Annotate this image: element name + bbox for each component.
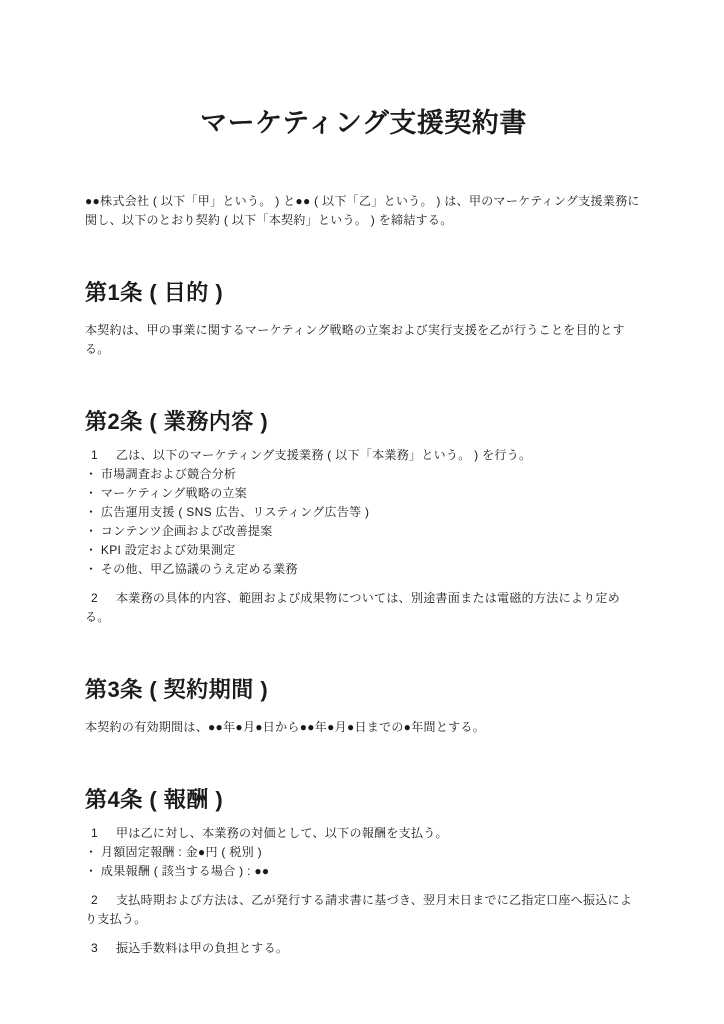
article-3-term: 第3条 ( 契約期間 ) 本契約の有効期間は、●●年●月●日から●●年●月●日ま…	[85, 675, 642, 737]
clause-number: 1	[85, 824, 116, 843]
document-title: マーケティング支援契約書	[85, 104, 642, 142]
clause-text: 振込手数料は甲の負担とする。	[116, 941, 288, 955]
list-item: ・ コンテンツ企画および改善提案	[85, 522, 642, 541]
article-4-compensation: 第4条 ( 報酬 ) 1甲は乙に対し、本業務の対価として、以下の報酬を支払う。 …	[85, 785, 642, 958]
article-2-heading: 第2条 ( 業務内容 )	[85, 407, 642, 436]
clause-number: 2	[85, 589, 116, 608]
list-item: ・ KPI 設定および効果測定	[85, 541, 642, 560]
article-1-body: 本契約は、甲の事業に関するマーケティング戦略の立案および実行支援を乙が行うことを…	[85, 321, 642, 359]
clause-text: 乙は、以下のマーケティング支援業務 ( 以下「本業務」という。 ) を行う。	[116, 448, 531, 462]
article-2-clause-1: 1乙は、以下のマーケティング支援業務 ( 以下「本業務」という。 ) を行う。	[85, 446, 642, 465]
clause-text: 本業務の具体的内容、範囲および成果物については、別途書面または電磁的方法により定…	[85, 591, 620, 624]
list-item: ・ その他、甲乙協議のうえ定める業務	[85, 560, 642, 579]
article-1-purpose: 第1条 ( 目的 ) 本契約は、甲の事業に関するマーケティング戦略の立案および実…	[85, 278, 642, 359]
list-item: ・ 市場調査および競合分析	[85, 465, 642, 484]
preamble: ●●株式会社 ( 以下「甲」という。 ) と●● ( 以下「乙」という。 ) は…	[85, 192, 642, 230]
article-4-clause-3: 3振込手数料は甲の負担とする。	[85, 939, 642, 958]
clause-text: 甲は乙に対し、本業務の対価として、以下の報酬を支払う。	[116, 826, 448, 840]
contract-document-page: マーケティング支援契約書 ●●株式会社 ( 以下「甲」という。 ) と●● ( …	[0, 0, 724, 1024]
article-1-heading: 第1条 ( 目的 )	[85, 278, 642, 307]
article-4-clause-1: 1甲は乙に対し、本業務の対価として、以下の報酬を支払う。	[85, 824, 642, 843]
compensation-item-list: ・ 月額固定報酬 : 金●円 ( 税別 ) ・ 成果報酬 ( 該当する場合 ) …	[85, 843, 642, 881]
article-4-heading: 第4条 ( 報酬 )	[85, 785, 642, 814]
article-2-services: 第2条 ( 業務内容 ) 1乙は、以下のマーケティング支援業務 ( 以下「本業務…	[85, 407, 642, 627]
service-item-list: ・ 市場調査および競合分析 ・ マーケティング戦略の立案 ・ 広告運用支援 ( …	[85, 465, 642, 579]
clause-number: 1	[85, 446, 116, 465]
clause-text: 支払時期および方法は、乙が発行する請求書に基づき、翌月末日までに乙指定口座へ振込…	[85, 893, 632, 926]
clause-number: 2	[85, 891, 116, 910]
list-item: ・ 月額固定報酬 : 金●円 ( 税別 )	[85, 843, 642, 862]
article-3-body: 本契約の有効期間は、●●年●月●日から●●年●月●日までの●年間とする。	[85, 718, 642, 737]
list-item: ・ 成果報酬 ( 該当する場合 ) : ●●	[85, 862, 642, 881]
article-3-heading: 第3条 ( 契約期間 )	[85, 675, 642, 704]
article-4-clause-2: 2支払時期および方法は、乙が発行する請求書に基づき、翌月末日までに乙指定口座へ振…	[85, 891, 642, 929]
article-2-clause-2: 2本業務の具体的内容、範囲および成果物については、別途書面または電磁的方法により…	[85, 589, 642, 627]
list-item: ・ マーケティング戦略の立案	[85, 484, 642, 503]
list-item: ・ 広告運用支援 ( SNS 広告、リスティング広告等 )	[85, 503, 642, 522]
clause-number: 3	[85, 939, 116, 958]
